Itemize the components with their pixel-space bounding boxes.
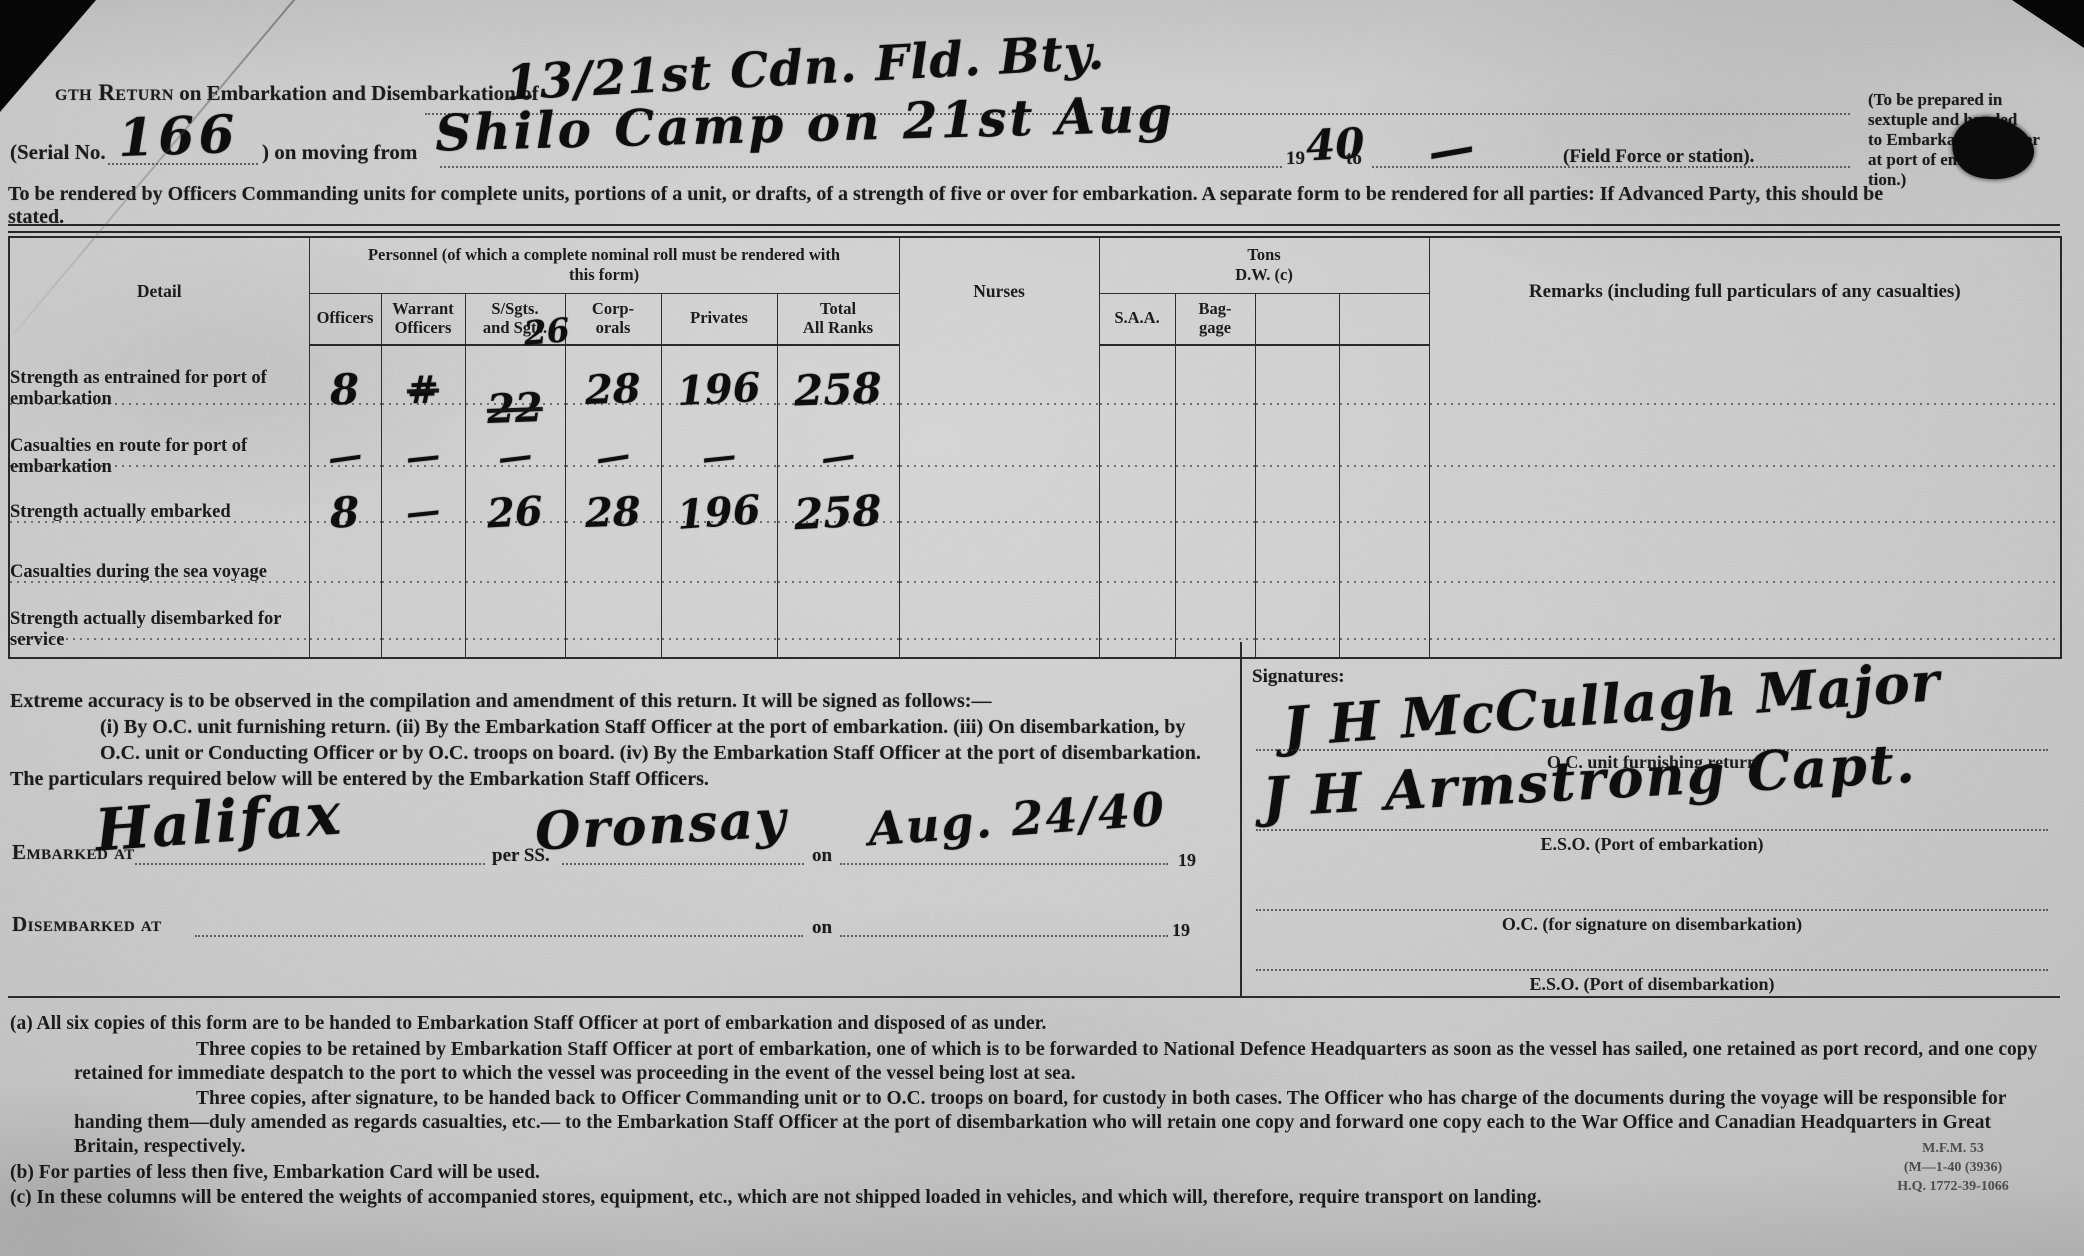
col-header-privates: Privates <box>661 293 777 345</box>
field-force-label: (Field Force or station). <box>1563 146 1754 168</box>
footnotes: (a) All six copies of this form are to b… <box>10 1012 2052 1212</box>
cell-officers: 8 <box>330 487 361 537</box>
note-a-sub-2: Three copies, after signature, to be han… <box>74 1087 2052 1158</box>
col-header-blank-1 <box>1255 293 1339 345</box>
note-a: (a) All six copies of this form are to b… <box>58 1012 2052 1036</box>
row-label: Casualties during the sea voyage <box>9 542 309 602</box>
eso-disembark-label: E.S.O. (Port of disembarkation) <box>1256 974 2048 995</box>
oc-disembark-line <box>1256 908 2048 911</box>
cell-corporals: 28 <box>584 365 641 414</box>
cell-dash: — <box>404 435 442 478</box>
group-header-personnel: Personnel (of which a complete nominal r… <box>309 237 899 293</box>
double-rule <box>8 224 2060 233</box>
disembarked-at-label: Disembarked at <box>12 912 162 937</box>
row-label: Strength actually disembarked for servic… <box>9 602 309 658</box>
scanned-embarkation-form: gth Return on Embarkation and Disembarka… <box>0 0 2084 1256</box>
embarked-year-label: 19 <box>1178 850 1196 871</box>
serial-label: (Serial No. <box>10 140 106 165</box>
form-title-smallcaps: gth Return <box>55 80 174 105</box>
row-label: Strength as entrained for port of embark… <box>9 345 309 432</box>
col-header-nurses: Nurses <box>899 237 1099 345</box>
row-label: Strength actually embarked <box>9 482 309 542</box>
table-row-actually-disembarked: Strength actually disembarked for servic… <box>9 602 2061 658</box>
ship-name-handwritten: Oronsay <box>534 788 789 862</box>
cell-dash: — <box>818 435 857 479</box>
cell-privates: 196 <box>676 363 762 414</box>
form-ref-1: M.F.M. 53 <box>1858 1140 2048 1159</box>
table-row-actually-embarked: Strength actually embarked 8 — 26 28 196… <box>9 482 2061 542</box>
cell-ssgts-struck: 22 <box>486 384 543 433</box>
cell-officers: 8 <box>330 364 361 414</box>
disembarked-date-fill <box>840 934 1168 937</box>
embarked-date-handwritten: Aug. 24/40 <box>866 782 1167 857</box>
note-b: (b) For parties of less then five, Embar… <box>58 1161 2052 1185</box>
col-header-baggage: Bag- gage <box>1175 293 1255 345</box>
strength-table: Detail Personnel (of which a complete no… <box>8 236 2062 659</box>
moving-from-fill-line <box>440 165 1282 168</box>
col-header-officers: Officers <box>309 293 381 345</box>
form-reference-numbers: M.F.M. 53 (M—1-40 (3936) H.Q. 1772-39-10… <box>1858 1140 2048 1197</box>
group-header-tons: Tons D.W. (c) <box>1099 237 1429 293</box>
cell-nurses-empty <box>899 345 1099 432</box>
accuracy-paragraph: Extreme accuracy is to be observed in th… <box>10 688 1232 792</box>
cell-dash: — <box>496 435 535 479</box>
cell-dash: — <box>593 435 633 480</box>
moving-from-label: ) on moving from <box>262 140 417 165</box>
col-header-total-all-ranks: Total All Ranks <box>777 293 899 345</box>
eso-signature-label: E.S.O. (Port of embarkation) <box>1256 834 2048 855</box>
col-header-detail: Detail <box>9 237 309 345</box>
embarked-place-handwritten: Halifax <box>93 779 345 864</box>
signatures-divider-line <box>1240 642 1242 998</box>
cell-warrant-struck: # <box>406 366 439 412</box>
eso-signature-line <box>1256 828 2048 831</box>
disembarked-place-fill <box>195 934 803 937</box>
ship-fill <box>562 862 804 865</box>
cell-ssgts: 26 <box>486 487 544 537</box>
embarked-place-fill <box>135 862 485 865</box>
instructions-paragraph: To be rendered by Officers Commanding un… <box>8 183 1888 229</box>
accuracy-line-4: The particulars required below will be e… <box>10 766 1232 792</box>
to-value-handwritten: — <box>1424 118 1479 179</box>
col-header-corporals: Corp- orals <box>565 293 661 345</box>
accuracy-line-3: O.C. unit or Conducting Officer or by O.… <box>100 740 1232 766</box>
note-c: (c) In these columns will be entered the… <box>58 1186 2052 1210</box>
eso-disembark-line <box>1256 968 2048 971</box>
cell-total: 258 <box>793 485 883 539</box>
accuracy-line-1: Extreme accuracy is to be observed in th… <box>10 688 1232 714</box>
form-ref-2: (M—1-40 (3936) <box>1858 1159 2048 1178</box>
cell-dash: — <box>700 435 738 478</box>
col-header-remarks: Remarks (including full particulars of a… <box>1429 237 2061 345</box>
year-prefix: 19 <box>1286 148 1305 170</box>
cell-dash: — <box>325 435 364 479</box>
table-row-entrained: Strength as entrained for port of embark… <box>9 345 2061 432</box>
cell-total: 258 <box>793 363 882 415</box>
disembarked-year-label: 19 <box>1172 920 1190 941</box>
to-label: to <box>1346 148 1362 170</box>
oc-disembark-label: O.C. (for signature on disembarkation) <box>1256 914 2048 935</box>
cell-dash: — <box>404 490 442 533</box>
cell-ssgts-correction: 26 <box>522 310 571 353</box>
section-rule <box>8 996 2060 998</box>
cell-remarks-empty <box>1429 345 2061 432</box>
table-row-casualties-sea-voyage: Casualties during the sea voyage <box>9 542 2061 602</box>
embarked-on-label: on <box>812 845 832 867</box>
cell-privates: 196 <box>676 486 763 539</box>
col-header-blank-2 <box>1339 293 1429 345</box>
form-ref-3: H.Q. 1772-39-1066 <box>1858 1178 2048 1197</box>
row-label: Casualties en route for port of embarkat… <box>9 432 309 482</box>
embarked-date-fill <box>840 862 1168 865</box>
note-a-sub-1: Three copies to be retained by Embarkati… <box>74 1038 2052 1086</box>
col-header-warrant-officers: Warrant Officers <box>381 293 465 345</box>
signatures-heading: Signatures: <box>1252 666 1345 688</box>
accuracy-line-2: (i) By O.C. unit furnishing return. (ii)… <box>100 714 1232 740</box>
cell-corporals: 28 <box>584 488 641 537</box>
table-row-casualties-en-route: Casualties en route for port of embarkat… <box>9 432 2061 482</box>
col-header-saa: S.A.A. <box>1099 293 1175 345</box>
disembarked-on-label: on <box>812 917 832 939</box>
